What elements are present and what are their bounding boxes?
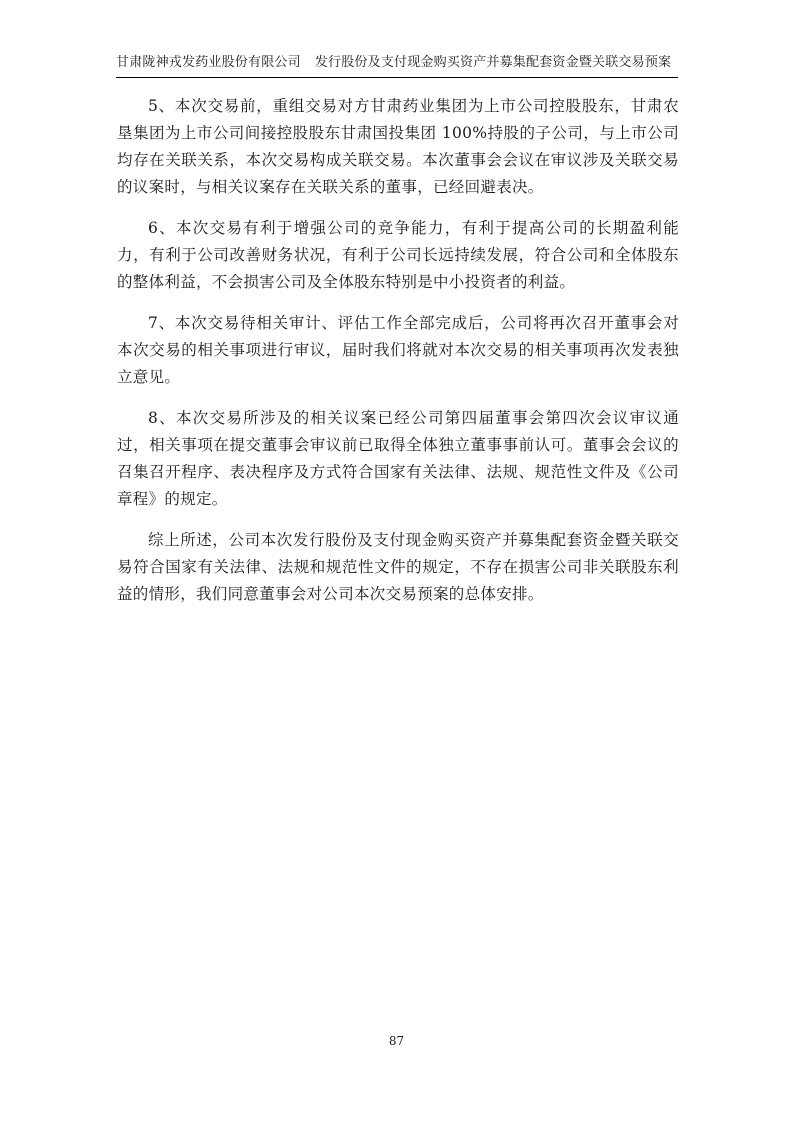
page-header: 甘肃陇神戎发药业股份有限公司发行股份及支付现金购买资产并募集配套资金暨关联交易预…	[116, 54, 676, 72]
document-body: 5、本次交易前，重组交易对方甘肃药业集团为上市公司控股股东，甘肃农垦集团为上市公…	[117, 93, 679, 622]
paragraph-item-7: 7、本次交易待相关审计、评估工作全部完成后，公司将再次召开董事会对本次交易的相关…	[117, 310, 679, 391]
paragraph-item-6: 6、本次交易有利于增强公司的竞争能力，有利于提高公司的长期盈利能力，有利于公司改…	[117, 215, 679, 296]
header-divider	[116, 77, 678, 78]
header-company-name: 甘肃陇神戎发药业股份有限公司	[116, 55, 301, 70]
page-number: 87	[0, 1034, 793, 1048]
paragraph-conclusion: 综上所述，公司本次发行股份及支付现金购买资产并募集配套资金暨关联交易符合国家有关…	[117, 527, 679, 608]
paragraph-item-5: 5、本次交易前，重组交易对方甘肃药业集团为上市公司控股股东，甘肃农垦集团为上市公…	[117, 93, 679, 201]
header-document-title: 发行股份及支付现金购买资产并募集配套资金暨关联交易预案	[315, 55, 671, 70]
paragraph-item-8: 8、本次交易所涉及的相关议案已经公司第四届董事会第四次会议审议通过，相关事项在提…	[117, 405, 679, 513]
